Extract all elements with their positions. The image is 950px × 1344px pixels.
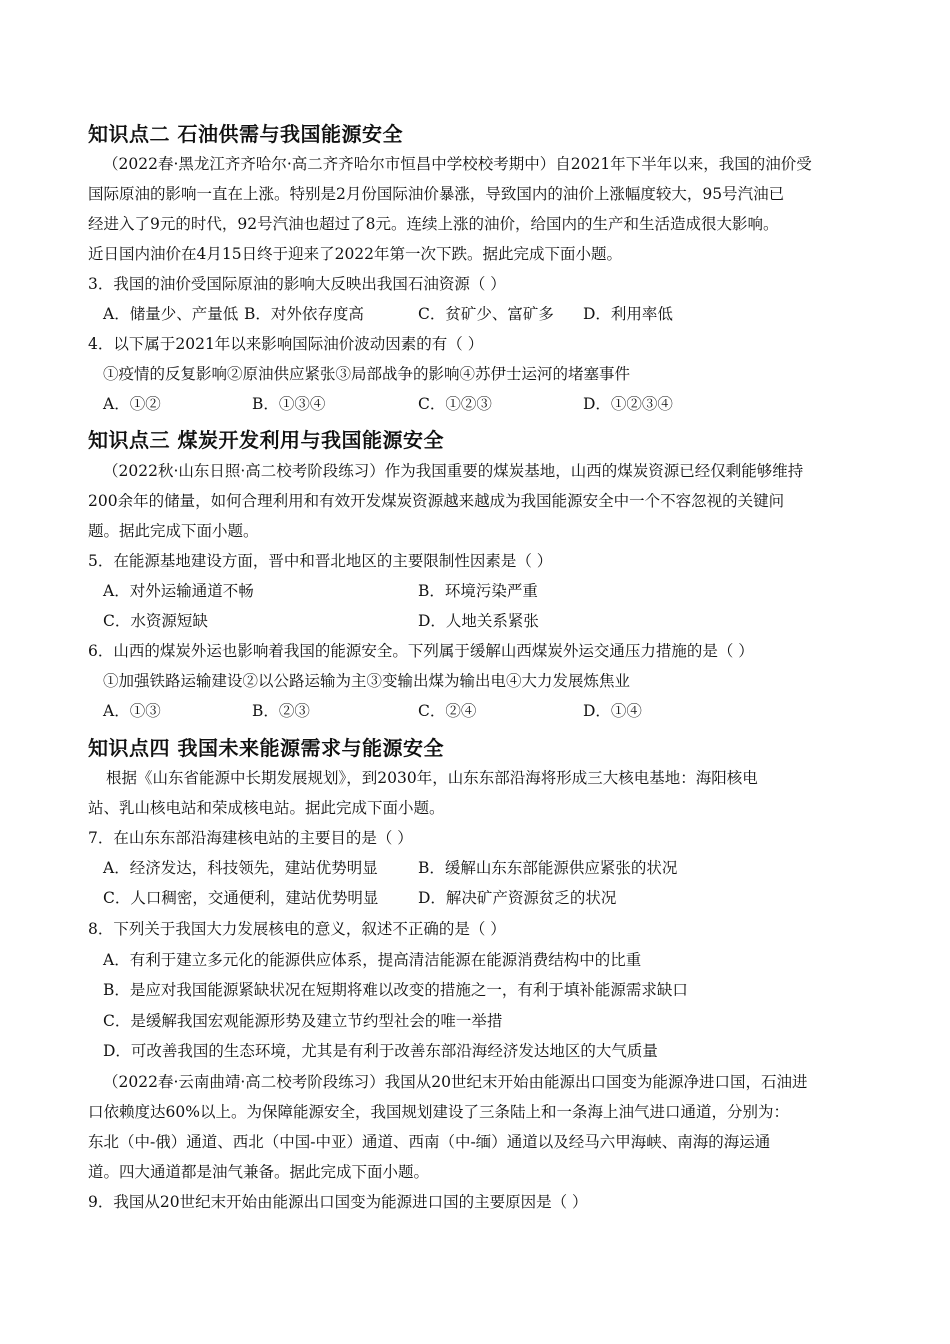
question-6-items: ①加强铁路运输建设②以公路运输为主③变输出煤为输出电④大力发展炼焦业 — [103, 671, 630, 691]
q6-option-b[interactable]: B．②③ — [252, 701, 310, 721]
q3-option-b[interactable]: B．对外依存度高 — [244, 304, 364, 324]
section-heading-future: 知识点四 我国未来能源需求与能源安全 — [88, 732, 444, 761]
q3-option-a[interactable]: A．储量少、产量低 — [103, 304, 238, 324]
question-9-stem: 9．我国从20世纪末开始由能源出口国变为能源进口国的主要原因是（ ） — [88, 1192, 588, 1212]
q8-option-c[interactable]: C．是缓解我国宏观能源形势及建立节约型社会的唯一举措 — [103, 1011, 502, 1031]
question-4-items: ①疫情的反复影响②原油供应紧张③局部战争的影响④苏伊士运河的堵塞事件 — [103, 364, 630, 384]
passage-line: 经进入了9元的时代，92号汽油也超过了8元。连续上涨的油价，给国内的生产和生活造… — [88, 214, 778, 234]
passage-line: 根据《山东省能源中长期发展规划》，到2030年，山东东部沿海将形成三大核电基地：… — [106, 768, 758, 788]
q7-option-d[interactable]: D．解决矿产资源贫乏的状况 — [418, 888, 616, 908]
q5-option-a[interactable]: A．对外运输通道不畅 — [103, 581, 254, 601]
q3-option-c[interactable]: C．贫矿少、富矿多 — [418, 304, 554, 324]
q8-option-b[interactable]: B．是应对我国能源紧缺状况在短期将难以改变的措施之一，有利于填补能源需求缺口 — [103, 980, 688, 1000]
section-heading-oil: 知识点二 石油供需与我国能源安全 — [88, 118, 403, 147]
q3-option-d[interactable]: D．利用率低 — [583, 304, 673, 324]
q6-option-d[interactable]: D．①④ — [583, 701, 642, 721]
q4-option-b[interactable]: B．①③④ — [252, 394, 325, 414]
passage-line: 站、乳山核电站和荣成核电站。据此完成下面小题。 — [88, 798, 445, 818]
q4-option-a[interactable]: A．①② — [103, 394, 161, 414]
question-5-stem: 5．在能源基地建设方面，晋中和晋北地区的主要限制性因素是（ ） — [88, 551, 552, 571]
q5-option-c[interactable]: C．水资源短缺 — [103, 611, 208, 631]
passage-line: 东北（中-俄）通道、西北（中国-中亚）通道、西南（中-缅）通道以及经马六甲海峡、… — [88, 1132, 770, 1152]
q8-option-a[interactable]: A．有利于建立多元化的能源供应体系，提高清洁能源在能源消费结构中的比重 — [103, 950, 641, 970]
q5-option-d[interactable]: D．人地关系紧张 — [418, 611, 539, 631]
question-8-stem: 8．下列关于我国大力发展核电的意义，叙述不正确的是（ ） — [88, 919, 506, 939]
question-3-stem: 3．我国的油价受国际原油的影响大反映出我国石油资源（ ） — [88, 274, 506, 294]
q7-option-c[interactable]: C．人口稠密，交通便利，建站优势明显 — [103, 888, 378, 908]
section-heading-coal: 知识点三 煤炭开发利用与我国能源安全 — [88, 424, 444, 453]
passage-line: 国际原油的影响一直在上涨。特别是2月份国际油价暴涨，导致国内的油价上涨幅度较大，… — [88, 184, 784, 204]
passage-line: 200余年的储量，如何合理利用和有效开发煤炭资源越来越成为我国能源安全中一个不容… — [88, 491, 784, 511]
q7-option-b[interactable]: B．缓解山东东部能源供应紧张的状况 — [418, 858, 677, 878]
passage-line: 题。据此完成下面小题。 — [88, 521, 259, 541]
document-page: 知识点二 石油供需与我国能源安全 （2022春·黑龙江齐齐哈尔·高二齐齐哈尔市恒… — [0, 0, 950, 1344]
question-7-stem: 7．在山东东部沿海建核电站的主要目的是（ ） — [88, 828, 413, 848]
passage-line: 近日国内油价在4月15日终于迎来了2022年第一次下跌。据此完成下面小题。 — [88, 244, 622, 264]
q7-option-a[interactable]: A．经济发达，科技领先，建站优势明显 — [103, 858, 378, 878]
q4-option-c[interactable]: C．①②③ — [418, 394, 492, 414]
passage-line: （2022春·黑龙江齐齐哈尔·高二齐齐哈尔市恒昌中学校校考期中）自2021年下半… — [103, 154, 812, 174]
q8-option-d[interactable]: D．可改善我国的生态环境，尤其是有利于改善东部沿海经济发达地区的大气质量 — [103, 1041, 658, 1061]
q6-option-a[interactable]: A．①③ — [103, 701, 161, 721]
question-6-stem: 6．山西的煤炭外运也影响着我国的能源安全。下列属于缓解山西煤炭外运交通压力措施的… — [88, 641, 754, 661]
question-4-stem: 4．以下属于2021年以来影响国际油价波动因素的有（ ） — [88, 334, 483, 354]
q6-option-c[interactable]: C．②④ — [418, 701, 476, 721]
q4-option-d[interactable]: D．①②③④ — [583, 394, 673, 414]
passage-line: 口依赖度达60%以上。为保障能源安全，我国规划建设了三条陆上和一条海上油气进口通… — [88, 1102, 789, 1122]
passage-line: （2022春·云南曲靖·高二校考阶段练习）我国从20世纪末开始由能源出口国变为能… — [103, 1072, 808, 1092]
passage-line: （2022秋·山东日照·高二校考阶段练习）作为我国重要的煤炭基地，山西的煤炭资源… — [103, 461, 803, 481]
q5-option-b[interactable]: B．环境污染严重 — [418, 581, 538, 601]
passage-line: 道。四大通道都是油气兼备。据此完成下面小题。 — [88, 1162, 429, 1182]
